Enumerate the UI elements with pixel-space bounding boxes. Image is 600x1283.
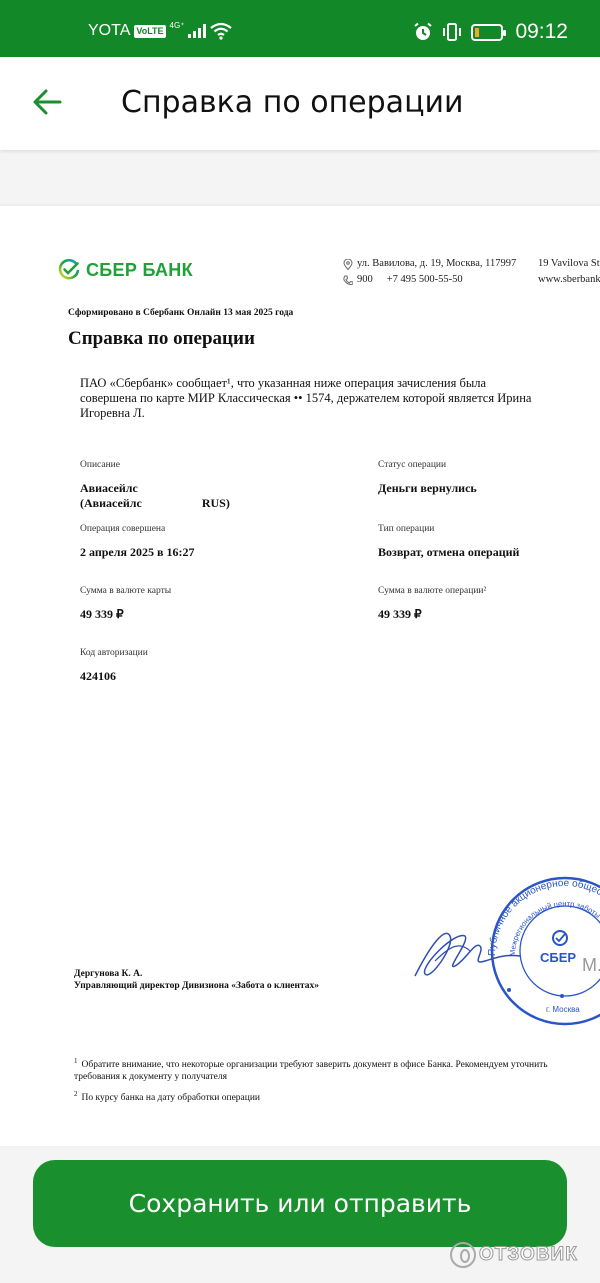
field-value: 49 339 ₽	[80, 607, 171, 622]
field-auth-code: Код авторизации 424106	[80, 648, 148, 684]
carrier-name: YOTA	[88, 22, 130, 40]
svg-text:М.П.: М.П.	[582, 955, 600, 975]
signal-icon	[188, 24, 206, 38]
field-label: Операция совершена	[80, 524, 194, 534]
field-label: Тип операции	[378, 524, 519, 534]
footnote-2: 2По курсу банка на дату обработки операц…	[74, 1090, 260, 1103]
bank-address-en: 19 Vavilova St.	[538, 256, 600, 272]
formed-note: Сформировано в Сбербанк Онлайн 13 мая 20…	[68, 308, 293, 318]
otzovik-watermark: ОТЗОВИК	[450, 1242, 578, 1268]
svg-text:Межрегиональный центр заботы о: Межрегиональный центр заботы о клиентах	[508, 899, 600, 956]
status-right: 09:12	[413, 20, 568, 44]
page-title: Справка по операции	[121, 85, 463, 120]
intro-text: ПАО «Сбербанк» сообщает¹, что указанная …	[80, 376, 540, 421]
svg-text:СБЕР: СБЕР	[540, 950, 576, 965]
stamp-signature-icon: Публичное акционерное общество «Сбербанк…	[410, 866, 600, 1026]
clock: 09:12	[515, 20, 568, 44]
bank-address: ул. Вавилова, д. 19, Москва, 117997	[357, 256, 516, 272]
sber-check-icon	[58, 259, 80, 281]
volte-icon: VoLTE	[134, 25, 165, 38]
location-pin-icon	[343, 259, 353, 270]
field-label: Статус операции	[378, 460, 477, 470]
bank-contacts-en: 19 Vavilova St. www.sberbank.	[538, 256, 600, 288]
field-value: Деньги вернулись	[378, 481, 477, 496]
field-label: Сумма в валюте операции²	[378, 586, 486, 596]
phone-icon	[343, 275, 353, 286]
field-description: Описание Авиасейлс (Авиасейлс RUS)	[80, 460, 230, 511]
field-status: Статус операции Деньги вернулись	[378, 460, 477, 496]
app-bar: Справка по операции	[0, 57, 600, 150]
field-value: 2 апреля 2025 в 16:27	[80, 545, 194, 560]
field-label: Сумма в валюте карты	[80, 586, 171, 596]
field-card-amount: Сумма в валюте карты 49 339 ₽	[80, 586, 171, 622]
field-operation-amount: Сумма в валюте операции² 49 339 ₽	[378, 586, 486, 622]
svg-text:г. Москва: г. Москва	[546, 1005, 580, 1014]
signer-position: Управляющий директор Дивизиона «Забота о…	[74, 980, 319, 992]
otzovik-logo-icon	[450, 1242, 476, 1268]
bank-contacts-ru: ул. Вавилова, д. 19, Москва, 117997 900 …	[343, 256, 516, 288]
arrow-left-icon[interactable]	[30, 85, 64, 119]
phone-full: +7 495 500-55-50	[387, 272, 463, 288]
document-preview: СБЕР БАНК ул. Вавилова, д. 19, Москва, 1…	[0, 206, 600, 1146]
battery-icon	[471, 24, 503, 41]
field-label: Описание	[80, 460, 230, 470]
status-left: YOTA VoLTE 4G⁺	[88, 22, 232, 40]
phone-short: 900	[357, 272, 373, 288]
field-value: 49 339 ₽	[378, 607, 486, 622]
footnote-1: 1Обратите внимание, что некоторые органи…	[74, 1055, 554, 1083]
signer-block: Дергунова К. А. Управляющий директор Див…	[74, 968, 319, 992]
field-value: Возврат, отмена операций	[378, 545, 519, 560]
alarm-icon	[413, 22, 433, 42]
wifi-icon	[210, 22, 232, 40]
signer-name: Дергунова К. А.	[74, 968, 319, 980]
svg-text:Публичное акционерное общество: Публичное акционерное общество «Сбербанк…	[487, 878, 600, 958]
save-or-send-button[interactable]: Сохранить или отправить	[33, 1160, 567, 1247]
bank-website: www.sberbank.	[538, 272, 600, 288]
bank-name: СБЕР БАНК	[86, 260, 193, 281]
field-value: Авиасейлс (Авиасейлс RUS)	[80, 481, 230, 511]
field-performed: Операция совершена 2 апреля 2025 в 16:27	[80, 524, 194, 560]
vibrate-icon	[441, 22, 463, 42]
field-type: Тип операции Возврат, отмена операций	[378, 524, 519, 560]
sber-logo: СБЕР БАНК	[58, 259, 193, 281]
network-type: 4G⁺	[170, 22, 185, 30]
bank-stamp: Публичное акционерное общество «Сбербанк…	[410, 866, 600, 1026]
document-title: Справка по операции	[68, 328, 255, 350]
field-value: 424106	[80, 669, 148, 684]
status-bar: YOTA VoLTE 4G⁺ 09:12	[0, 0, 600, 57]
field-label: Код авторизации	[80, 648, 148, 658]
